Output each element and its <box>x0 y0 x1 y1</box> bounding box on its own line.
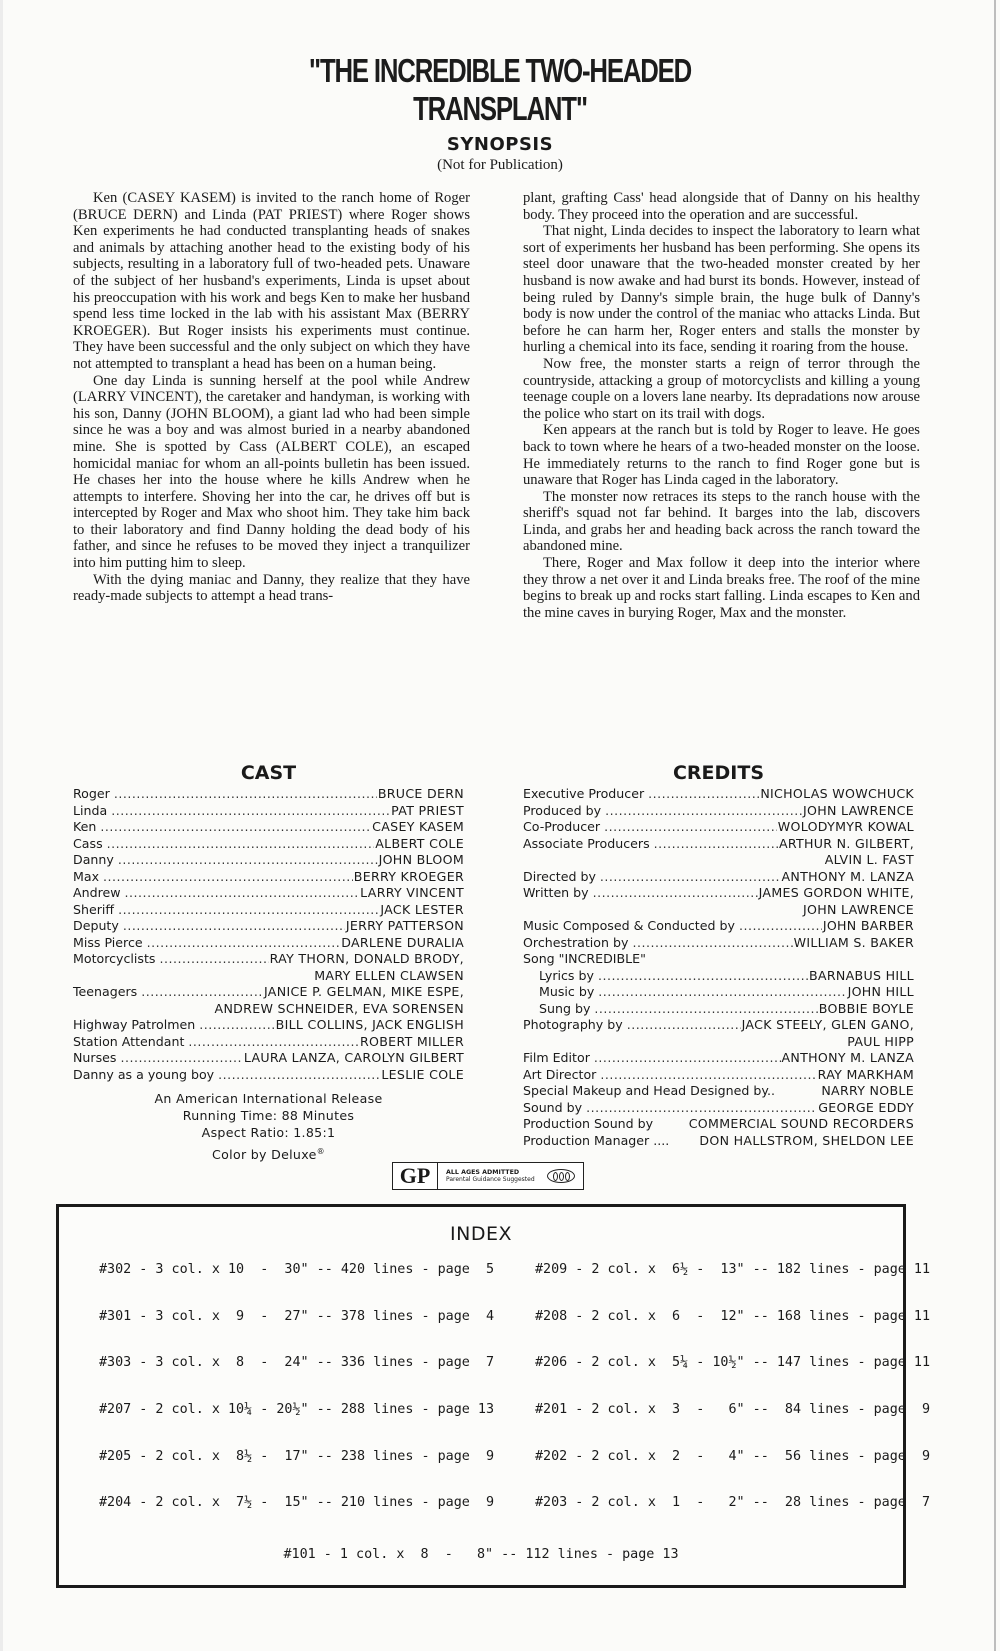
index-title: INDEX <box>59 1223 903 1245</box>
credit-row: CassALBERT COLE <box>73 836 464 853</box>
credit-name: WOLODYMYR KOWAL <box>778 819 914 836</box>
credit-role: Music by <box>523 984 594 1001</box>
leader-dots <box>605 803 802 820</box>
credit-row: Station AttendantROBERT MILLER <box>73 1034 464 1051</box>
credit-role: Orchestration by <box>523 935 628 952</box>
index-row: #206 - 2 col. x 5¼ - 10½" -- 147 lines -… <box>535 1355 930 1402</box>
leader-dots <box>598 984 846 1001</box>
rating-line: Parental Guidance Suggested <box>446 1176 547 1183</box>
credit-name: BOBBIE BOYLE <box>819 1001 914 1018</box>
credit-role: Station Attendant <box>73 1034 184 1051</box>
leader-dots <box>739 918 822 935</box>
credit-name: DON HALLSTROM, SHELDON LEE <box>699 1133 914 1150</box>
credit-role: Music Composed & Conducted by <box>523 918 735 935</box>
credit-role: Ken <box>73 819 96 836</box>
credit-row: DannyJOHN BLOOM <box>73 852 464 869</box>
leader-dots <box>627 1017 741 1034</box>
synopsis-paragraph: Ken (CASEY KASEM) is invited to the ranc… <box>73 190 470 373</box>
credit-row: LindaPAT PRIEST <box>73 803 464 820</box>
credit-name: GEORGE EDDY <box>818 1100 914 1117</box>
leader-dots <box>141 984 263 1001</box>
credit-row: Danny as a young boyLESLIE COLE <box>73 1067 464 1084</box>
credit-name: PAUL HIPP <box>847 1034 914 1051</box>
synopsis-column-right: plant, grafting Cass' head alongside tha… <box>523 190 920 621</box>
synopsis-paragraph: There, Roger and Max follow it deep into… <box>523 555 920 621</box>
leader-dots <box>147 935 341 952</box>
index-row: #302 - 3 col. x 10 - 30" -- 420 lines - … <box>99 1262 494 1309</box>
synopsis-heading: SYNOPSIS <box>0 134 1000 155</box>
leader-dots <box>593 885 758 902</box>
credit-role: Co-Producer <box>523 819 600 836</box>
credit-name: RAY MARKHAM <box>818 1067 914 1084</box>
synopsis-column-left: Ken (CASEY KASEM) is invited to the ranc… <box>73 190 470 605</box>
credit-row: Photography byJACK STEELY, GLEN GANO, <box>523 1017 914 1034</box>
mpaa-seal-icon <box>547 1169 575 1183</box>
leader-dots <box>600 869 781 886</box>
release-line: An American International Release <box>73 1090 464 1107</box>
credit-role: Roger <box>73 786 110 803</box>
leader-dots <box>107 836 375 853</box>
credit-role: Executive Producer <box>523 786 644 803</box>
credit-name: COMMERCIAL SOUND RECORDERS <box>689 1116 914 1133</box>
credit-name: BERRY KROEGER <box>354 869 464 886</box>
index-row: #208 - 2 col. x 6 - 12" -- 168 lines - p… <box>535 1309 930 1356</box>
credit-role: Sheriff <box>73 902 114 919</box>
credit-name: RAY THORN, DONALD BRODY, <box>270 951 464 968</box>
credit-role: Art Director <box>523 1067 596 1084</box>
credit-row: Co-ProducerWOLODYMYR KOWAL <box>523 819 914 836</box>
index-row: #203 - 2 col. x 1 - 2" -- 28 lines - pag… <box>535 1495 930 1542</box>
index-row: #207 - 2 col. x 10¼ - 20½" -- 288 lines … <box>99 1402 494 1449</box>
credit-name: ALVIN L. FAST <box>825 852 914 869</box>
credit-name: LARRY VINCENT <box>360 885 464 902</box>
credit-row: ALVIN L. FAST <box>523 852 914 869</box>
registered-mark: ® <box>317 1147 325 1156</box>
cast-heading: CAST <box>73 762 464 784</box>
credit-row: RogerBRUCE DERN <box>73 786 464 803</box>
page-title: "THE INCREDIBLE TWO-HEADED TRANSPLANT" <box>110 52 890 128</box>
credit-name: DARLENE DURALIA <box>341 935 464 952</box>
leader-dots <box>120 1050 242 1067</box>
credit-role: Photography by <box>523 1017 623 1034</box>
credit-row: AndrewLARRY VINCENT <box>73 885 464 902</box>
leader-dots <box>600 1067 816 1084</box>
credit-name: JACK STEELY, GLEN GANO, <box>742 1017 914 1034</box>
credit-row: Music Composed & Conducted byJOHN BARBER <box>523 918 914 935</box>
index-row: #202 - 2 col. x 2 - 4" -- 56 lines - pag… <box>535 1449 930 1496</box>
page-edge <box>994 0 996 1651</box>
running-time: Running Time: 88 Minutes <box>73 1107 464 1124</box>
leader-dots <box>654 836 778 853</box>
credit-name: JOHN LAWRENCE <box>803 803 914 820</box>
credit-name: ROBERT MILLER <box>360 1034 464 1051</box>
credit-role: Sound by <box>523 1100 582 1117</box>
release-info: An American International Release Runnin… <box>73 1090 464 1163</box>
credit-role: Linda <box>73 803 107 820</box>
leader-dots <box>632 935 792 952</box>
credit-name: BRUCE DERN <box>378 786 464 803</box>
credit-row: Song "INCREDIBLE" <box>523 951 914 968</box>
credit-name: ANTHONY M. LANZA <box>782 1050 914 1067</box>
page-edge <box>0 0 3 1651</box>
rating-line: ALL AGES ADMITTED <box>446 1169 547 1176</box>
leader-dots <box>199 1017 274 1034</box>
credit-name: JACK LESTER <box>380 902 464 919</box>
rating-description: ALL AGES ADMITTED Parental Guidance Sugg… <box>438 1169 547 1183</box>
index-row: #301 - 3 col. x 9 - 27" -- 378 lines - p… <box>99 1309 494 1356</box>
synopsis-paragraph: plant, grafting Cass' head alongside tha… <box>523 190 920 223</box>
credit-row: SheriffJACK LESTER <box>73 902 464 919</box>
index-row: #209 - 2 col. x 6½ - 13" -- 182 lines - … <box>535 1262 930 1309</box>
color-process: Color by Deluxe® <box>73 1143 464 1163</box>
credit-role: Film Editor <box>523 1050 590 1067</box>
leader-dots <box>594 1050 781 1067</box>
title-line: "THE INCREDIBLE TWO-HEADED <box>110 52 890 90</box>
credit-role: Production Sound by <box>523 1116 653 1133</box>
credit-row: ANDREW SCHNEIDER, EVA SORENSEN <box>73 1001 464 1018</box>
credit-role: Written by <box>523 885 589 902</box>
credit-role: Special Makeup and Head Designed by.. <box>523 1083 775 1100</box>
credit-role: Danny <box>73 852 114 869</box>
leader-dots <box>598 968 808 985</box>
index-box: INDEX #302 - 3 col. x 10 - 30" -- 420 li… <box>56 1204 906 1588</box>
cast-list: RogerBRUCE DERNLindaPAT PRIESTKenCASEY K… <box>73 786 464 1083</box>
credit-row: PAUL HIPP <box>523 1034 914 1051</box>
leader-dots <box>114 786 377 803</box>
leader-dots <box>118 852 378 869</box>
credit-row: TeenagersJANICE P. GELMAN, MIKE ESPE, <box>73 984 464 1001</box>
credit-role: Andrew <box>73 885 121 902</box>
index-row: #204 - 2 col. x 7½ - 15" -- 210 lines - … <box>99 1495 494 1542</box>
credit-name: JANICE P. GELMAN, MIKE ESPE, <box>264 984 464 1001</box>
credits-heading: CREDITS <box>523 762 914 784</box>
index-column-left: #302 - 3 col. x 10 - 30" -- 420 lines - … <box>99 1262 494 1542</box>
credit-name: ARTHUR N. GILBERT, <box>779 836 914 853</box>
credit-name: PAT PRIEST <box>391 803 464 820</box>
credit-row: Highway PatrolmenBILL COLLINS, JACK ENGL… <box>73 1017 464 1034</box>
leader-dots <box>100 819 371 836</box>
credit-name: BARNABUS HILL <box>809 968 914 985</box>
credit-role: Motorcyclists <box>73 951 155 968</box>
credit-name: JOHN HILL <box>848 984 914 1001</box>
credit-role: Sung by <box>523 1001 590 1018</box>
credit-name: JERRY PATTERSON <box>346 918 464 935</box>
synopsis-paragraph: That night, Linda decides to inspect the… <box>523 223 920 356</box>
credit-row: Film EditorANTHONY M. LANZA <box>523 1050 914 1067</box>
credit-role: Danny as a young boy <box>73 1067 214 1084</box>
credit-row: Written byJAMES GORDON WHITE, <box>523 885 914 902</box>
leader-dots <box>218 1067 380 1084</box>
credit-name: BILL COLLINS, JACK ENGLISH <box>276 1017 464 1034</box>
credit-role: Deputy <box>73 918 119 935</box>
credit-name: LESLIE COLE <box>381 1067 464 1084</box>
credit-row: Special Makeup and Head Designed by..NAR… <box>523 1083 914 1100</box>
credit-row: Sound byGEORGE EDDY <box>523 1100 914 1117</box>
credit-name: JOHN BLOOM <box>379 852 464 869</box>
synopsis-paragraph: One day Linda is sunning herself at the … <box>73 373 470 572</box>
synopsis-paragraph: Ken appears at the ranch but is told by … <box>523 422 920 488</box>
credit-row: Art DirectorRAY MARKHAM <box>523 1067 914 1084</box>
credit-row: Directed byANTHONY M. LANZA <box>523 869 914 886</box>
credit-role: Cass <box>73 836 103 853</box>
synopsis-paragraph: With the dying maniac and Danny, they re… <box>73 572 470 605</box>
leader-dots <box>594 1001 817 1018</box>
rating-badge: GP ALL AGES ADMITTED Parental Guidance S… <box>392 1162 584 1190</box>
credit-row: MotorcyclistsRAY THORN, DONALD BRODY, <box>73 951 464 968</box>
leader-dots <box>159 951 268 968</box>
index-row: #205 - 2 col. x 8½ - 17" -- 238 lines - … <box>99 1449 494 1496</box>
credit-row: MaxBERRY KROEGER <box>73 869 464 886</box>
credit-role: Directed by <box>523 869 596 886</box>
credit-role: Associate Producers <box>523 836 650 853</box>
credit-role: Song "INCREDIBLE" <box>523 951 646 968</box>
credit-name: ANTHONY M. LANZA <box>782 869 914 886</box>
index-row: #303 - 3 col. x 8 - 24" -- 336 lines - p… <box>99 1355 494 1402</box>
not-for-publication-note: (Not for Publication) <box>0 157 1000 174</box>
rating-code: GP <box>393 1163 438 1189</box>
credit-row: Lyrics byBARNABUS HILL <box>523 968 914 985</box>
leader-dots <box>188 1034 359 1051</box>
credit-name: CASEY KASEM <box>372 819 464 836</box>
synopsis-paragraph: The monster now retraces its steps to th… <box>523 489 920 555</box>
leader-dots <box>118 902 379 919</box>
credit-role: Highway Patrolmen <box>73 1017 195 1034</box>
credit-row: JOHN LAWRENCE <box>523 902 914 919</box>
credit-row: Miss PierceDARLENE DURALIA <box>73 935 464 952</box>
index-row: #101 - 1 col. x 8 - 8" -- 112 lines - pa… <box>59 1547 903 1562</box>
credit-row: Orchestration byWILLIAM S. BAKER <box>523 935 914 952</box>
credit-row: Music byJOHN HILL <box>523 984 914 1001</box>
credit-name: MARY ELLEN CLAWSEN <box>314 968 464 985</box>
credit-role: Nurses <box>73 1050 116 1067</box>
synopsis-paragraph: Now free, the monster starts a reign of … <box>523 356 920 422</box>
index-row: #201 - 2 col. x 3 - 6" -- 84 lines - pag… <box>535 1402 930 1449</box>
credit-name: JAMES GORDON WHITE, <box>759 885 914 902</box>
aspect-ratio: Aspect Ratio: 1.85:1 <box>73 1124 464 1141</box>
credit-name: ALBERT COLE <box>375 836 464 853</box>
credit-row: NursesLAURA LANZA, CAROLYN GILBERT <box>73 1050 464 1067</box>
credit-row: Associate ProducersARTHUR N. GILBERT, <box>523 836 914 853</box>
credit-role: Max <box>73 869 99 886</box>
credit-name: NARRY NOBLE <box>821 1083 914 1100</box>
credit-role: Miss Pierce <box>73 935 143 952</box>
credit-row: Production Sound byCOMMERCIAL SOUND RECO… <box>523 1116 914 1133</box>
credit-role: Production Manager .... <box>523 1133 669 1150</box>
credit-name: JOHN BARBER <box>823 918 914 935</box>
credit-name: JOHN LAWRENCE <box>803 902 914 919</box>
credit-row: DeputyJERRY PATTERSON <box>73 918 464 935</box>
credit-name: NICHOLAS WOWCHUCK <box>760 786 914 803</box>
leader-dots <box>604 819 777 836</box>
credit-row: Production Manager ....DON HALLSTROM, SH… <box>523 1133 914 1150</box>
leader-dots <box>586 1100 817 1117</box>
credit-row: Sung byBOBBIE BOYLE <box>523 1001 914 1018</box>
credit-row: KenCASEY KASEM <box>73 819 464 836</box>
credit-name: LAURA LANZA, CAROLYN GILBERT <box>244 1050 464 1067</box>
leader-dots <box>125 885 360 902</box>
credit-name: ANDREW SCHNEIDER, EVA SORENSEN <box>215 1001 464 1018</box>
credits-list: Executive ProducerNICHOLAS WOWCHUCKProdu… <box>523 786 914 1149</box>
leader-dots <box>123 918 345 935</box>
credit-name: WILLIAM S. BAKER <box>794 935 914 952</box>
index-column-right: #209 - 2 col. x 6½ - 13" -- 182 lines - … <box>535 1262 930 1542</box>
credit-row: Executive ProducerNICHOLAS WOWCHUCK <box>523 786 914 803</box>
credit-role: Lyrics by <box>523 968 594 985</box>
leader-dots <box>103 869 353 886</box>
credit-row: Produced byJOHN LAWRENCE <box>523 803 914 820</box>
leader-dots <box>111 803 390 820</box>
credit-role: Produced by <box>523 803 601 820</box>
title-line: TRANSPLANT" <box>110 90 890 128</box>
leader-dots <box>648 786 759 803</box>
credit-role: Teenagers <box>73 984 137 1001</box>
credit-row: MARY ELLEN CLAWSEN <box>73 968 464 985</box>
